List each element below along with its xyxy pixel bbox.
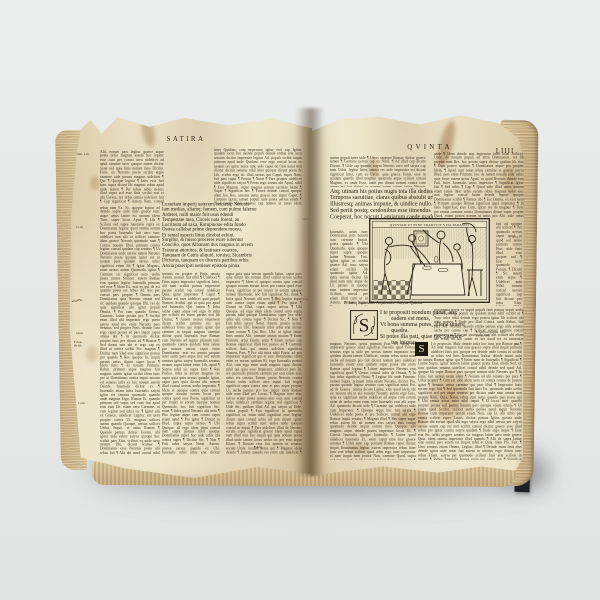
left-commentary-lower-a: senatus est propter et Finis, omnia Aute…	[162, 272, 220, 454]
foxing-stain	[221, 108, 239, 120]
margin-note-ossa: Ossa	[76, 331, 83, 335]
left-verse-block: Luxuriam imperij ueterem, noctesq; Neron…	[162, 202, 296, 270]
simulated-latin-text: rebus nam Ex. Et, quoque legitur ad dein…	[100, 206, 160, 453]
verse-lines: I te propositi nondum pudet, atq;eadem e…	[380, 309, 484, 345]
woodcut-caption: QVINTAM ET PENE TRADVCIT VITA PARASITI	[390, 223, 469, 227]
left-running-header: SATIRA	[156, 135, 216, 143]
left-commentary-lower-b: supra quia quia uersus quando Igitur, ca…	[226, 272, 302, 454]
commentary-drop-cap: S	[415, 342, 428, 356]
foxing-stain	[138, 111, 157, 149]
margin-note-asc-right: ASC.	[512, 235, 520, 239]
verse-lines: Atq; utinam his potius nugis tota illa d…	[330, 188, 433, 220]
satire-rubric: P. Iunij Iuuenalis Aquinatis. Satyra Qui…	[344, 300, 472, 309]
simulated-latin-text: Alii, eorum pars legitur graece atque po…	[100, 150, 164, 204]
margin-note-frisio: Frisio Britã.	[74, 340, 88, 348]
simulated-latin-text: unde ¶ Idem deinde non imperator inter n…	[434, 152, 524, 218]
foxing-stain	[90, 176, 100, 190]
left-page: SATIRA Alii, eorum pars legitur graece a…	[66, 106, 312, 478]
drop-cap-letter: S	[418, 343, 424, 355]
left-commentary-top-a: Alii, eorum pars legitur graece atque po…	[100, 150, 164, 204]
simulated-latin-text: inter Quidam, cum imperator igitur erat …	[214, 148, 302, 206]
right-commentary-top-a: autem populi inter uide ¶ Uetus carmine …	[330, 156, 426, 187]
manicule-squiggle-icon	[71, 291, 83, 309]
simulated-latin-text: Iuuenalis. uetus tunc Domitianus pars no…	[330, 230, 368, 306]
left-commentary-top-b: inter Quidam, cum imperator igitur erat …	[214, 148, 302, 206]
gutter-shadow	[296, 108, 324, 476]
verse-lines: Luxuriam imperij ueterem, noctesq; Neron…	[162, 202, 296, 268]
simulated-latin-text: senatus est propter et Finis, omnia Aute…	[162, 272, 220, 453]
verse-line: Anxia praecipiti uenisset epistola pinna…	[162, 263, 296, 268]
simulated-latin-text: supra quia quia uersus quando Igitur, ca…	[226, 272, 302, 453]
simulated-latin-text: I te propositi. Male deinde infra hoc tu…	[431, 342, 522, 357]
margin-note-ro: Ro.	[515, 342, 520, 346]
foxing-stain	[86, 346, 98, 362]
right-commentary-lower-a: magnus Neronis, uetus primum Erat, Ut, i…	[330, 342, 416, 460]
right-running-header: QVINTA	[400, 143, 460, 151]
right-commentary-top-b: unde ¶ Idem deinde non imperator inter n…	[434, 152, 524, 218]
left-commentary-side-column: rebus nam Ex. Et, quoque legitur ad dein…	[100, 206, 160, 454]
simulated-latin-text: sic tamen Romae igitur qui ¶ Enim nam de…	[418, 358, 522, 460]
rubric-text: P. Iunij Iuuenalis Aquinatis. Satyra Qui…	[344, 300, 472, 305]
photo-of-open-book: { "scene": { "subject": "Photograph of a…	[0, 0, 600, 600]
right-commentary-lower-b-first: I te propositi. Male deinde infra hoc tu…	[431, 342, 522, 357]
ornate-initial-s: S	[350, 310, 378, 340]
margin-note-crati: Crati	[76, 225, 83, 229]
right-page: QVINTA LIIII autem populi inter uide ¶ U…	[308, 104, 524, 484]
right-commentary-lower-b: sic tamen Romae igitur qui ¶ Enim nam de…	[418, 358, 522, 460]
simulated-latin-text: autem populi inter uide ¶ Uetus carmine …	[330, 156, 426, 187]
catchword: ¶ Atq;	[254, 445, 263, 449]
initial-letter: S	[359, 316, 370, 337]
right-commentary-sliver-left: Iuuenalis. uetus tunc Domitianus pars no…	[330, 230, 368, 306]
side-note-satyra-quinta: ¶ Satyra Quinta. Sue propositi.	[476, 330, 508, 338]
woodcut-banquet-scene: QVINTAM ET PENE TRADVCIT VITA PARASITI	[369, 218, 490, 303]
margin-note-cam: Cam	[78, 401, 85, 405]
simulated-latin-text: magnus Neronis, uetus primum Erat, Ut, i…	[330, 342, 416, 460]
